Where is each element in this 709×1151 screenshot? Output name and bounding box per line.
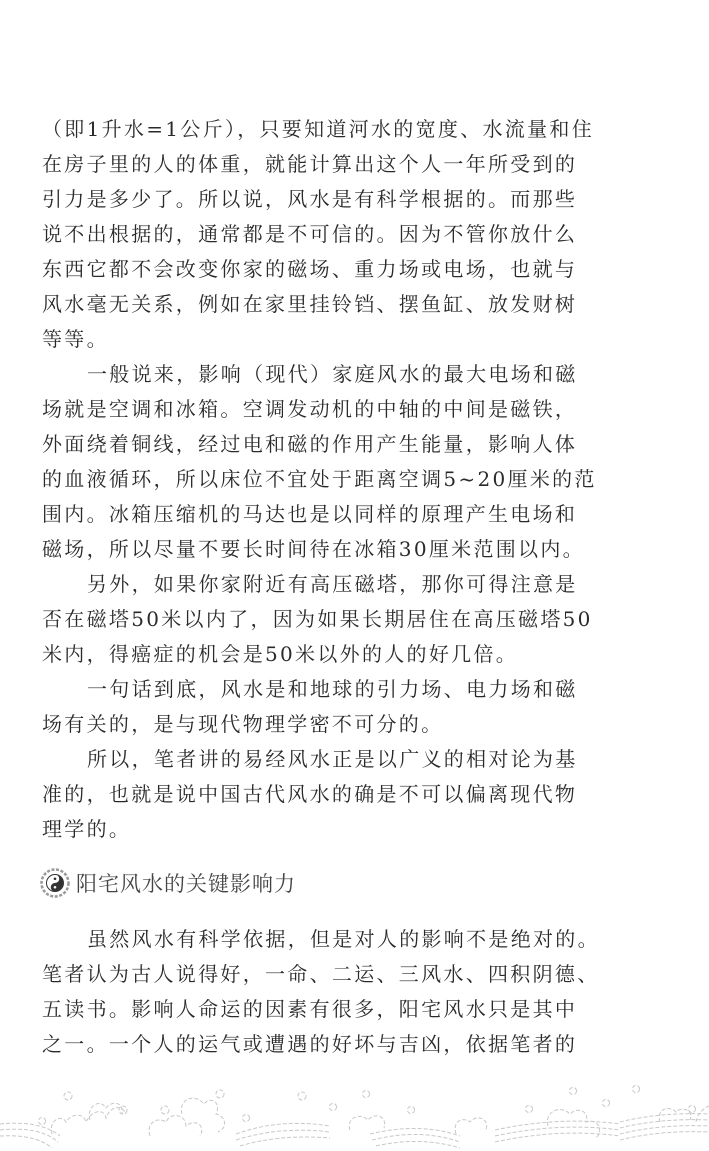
paragraph: 一句话到底，风水是和地球的引力场、电力场和磁 场有关的，是与现代物理学密不可分的… (42, 672, 558, 742)
text-line: 虽然风水有科学依据，但是对人的影响不是绝对的。 (42, 922, 558, 957)
text-line: 一句话到底，风水是和地球的引力场、电力场和磁 (42, 672, 558, 707)
section-title: 阳宅风水的关键影响力 (76, 868, 296, 898)
paragraph: 一般说来，影响（现代）家庭风水的最大电场和磁 场就是空调和冰箱。空调发动机的中轴… (42, 357, 558, 567)
text-line: 笔者认为古人说得好，一命、二运、三风水、四积阴德、 (42, 957, 558, 992)
yin-yang-bagua-icon (40, 868, 70, 898)
text-line: 场有关的，是与现代物理学密不可分的。 (42, 707, 558, 742)
paragraph: 虽然风水有科学依据，但是对人的影响不是绝对的。 笔者认为古人说得好，一命、二运、… (42, 922, 558, 1062)
text-line: 在房子里的人的体重，就能计算出这个人一年所受到的 (42, 147, 558, 182)
paragraph: 另外，如果你家附近有高压磁塔，那你可得注意是 否在磁塔50米以内了，因为如果长期… (42, 567, 558, 672)
text-line: 五读书。影响人命运的因素有很多，阳宅风水只是其中 (42, 992, 558, 1027)
text-line: 一般说来，影响（现代）家庭风水的最大电场和磁 (42, 357, 558, 392)
text-line: 风水毫无关系，例如在家里挂铃铛、摆鱼缸、放发财树 (42, 287, 558, 322)
book-page: （即1升水=1公斤），只要知道河水的宽度、水流量和住 在房子里的人的体重，就能计… (0, 0, 709, 1151)
body-text-part1: （即1升水=1公斤），只要知道河水的宽度、水流量和住 在房子里的人的体重，就能计… (42, 112, 558, 847)
paragraph: （即1升水=1公斤），只要知道河水的宽度、水流量和住 在房子里的人的体重，就能计… (42, 112, 558, 357)
text-line: 围内。冰箱压缩机的马达也是以同样的原理产生电场和 (42, 497, 558, 532)
body-text-part2: 虽然风水有科学依据，但是对人的影响不是绝对的。 笔者认为古人说得好，一命、二运、… (42, 922, 558, 1062)
text-line: 所以，笔者讲的易经风水正是以广义的相对论为基 (42, 742, 558, 777)
text-line: 理学的。 (42, 812, 558, 847)
text-line: 引力是多少了。所以说，风水是有科学根据的。而那些 (42, 182, 558, 217)
text-line: 米内，得癌症的机会是50米以外的人的好几倍。 (42, 637, 558, 672)
paragraph: 所以，笔者讲的易经风水正是以广义的相对论为基 准的，也就是说中国古代风水的确是不… (42, 742, 558, 847)
text-line: 东西它都不会改变你家的磁场、重力场或电场，也就与 (42, 252, 558, 287)
text-line: 的血液循环，所以床位不宜处于距离空调5~20厘米的范 (42, 462, 558, 497)
text-line: 等等。 (42, 322, 558, 357)
section-heading: 阳宅风水的关键影响力 (40, 866, 296, 900)
wave-pattern-decoration (0, 1056, 709, 1151)
text-line: 另外，如果你家附近有高压磁塔，那你可得注意是 (42, 567, 558, 602)
text-line: （即1升水=1公斤），只要知道河水的宽度、水流量和住 (42, 112, 558, 147)
text-line: 场就是空调和冰箱。空调发动机的中轴的中间是磁铁， (42, 392, 558, 427)
text-line: 否在磁塔50米以内了，因为如果长期居住在高压磁塔50 (42, 602, 558, 637)
text-line: 磁场，所以尽量不要长时间待在冰箱30厘米范围以内。 (42, 532, 558, 567)
text-line: 说不出根据的，通常都是不可信的。因为不管你放什么 (42, 217, 558, 252)
text-line: 外面绕着铜线，经过电和磁的作用产生能量，影响人体 (42, 427, 558, 462)
text-line: 准的，也就是说中国古代风水的确是不可以偏离现代物 (42, 777, 558, 812)
